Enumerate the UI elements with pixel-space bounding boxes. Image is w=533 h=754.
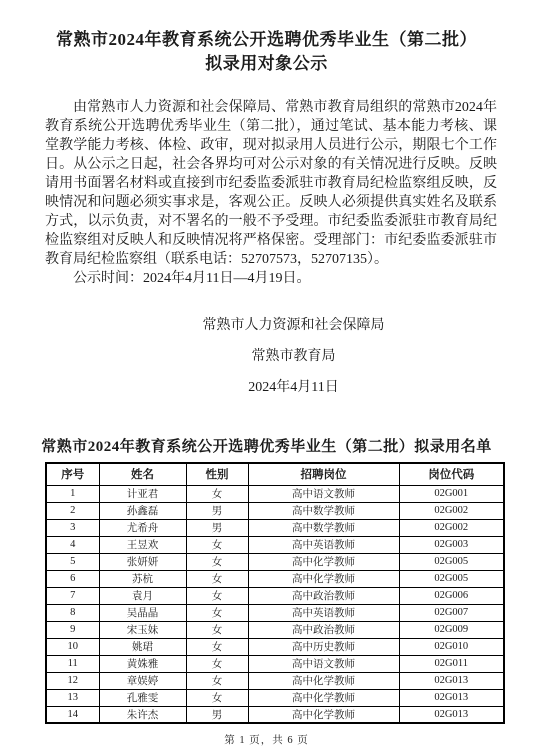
table-row: 5 张妍妍 女 高中化学教师 02G005 (46, 553, 504, 570)
cell-index: 11 (46, 655, 99, 672)
table-row: 2 孙鑫磊 男 高中数学教师 02G002 (46, 502, 504, 519)
document-title-line1: 常熟市2024年教育系统公开选聘优秀毕业生（第二批） (40, 28, 493, 52)
cell-position: 高中化学教师 (248, 689, 399, 706)
roster-table-title: 常熟市2024年教育系统公开选聘优秀毕业生（第二批）拟录用名单 (0, 435, 533, 456)
cell-name: 宋玉妹 (99, 621, 186, 638)
table-row: 3 尤希舟 男 高中数学教师 02G002 (46, 519, 504, 536)
cell-name: 袁月 (99, 587, 186, 604)
signature-org-2: 常熟市教育局 (27, 341, 533, 372)
cell-name: 孙鑫磊 (99, 502, 186, 519)
cell-code: 02G003 (399, 536, 504, 553)
cell-code: 02G006 (399, 587, 504, 604)
cell-code: 02G005 (399, 553, 504, 570)
cell-code: 02G002 (399, 519, 504, 536)
table-row: 11 黄姝雅 女 高中语文教师 02G011 (46, 655, 504, 672)
cell-gender: 女 (186, 672, 248, 689)
cell-position: 高中政治教师 (248, 587, 399, 604)
cell-gender: 女 (186, 587, 248, 604)
table-row: 6 苏杭 女 高中化学教师 02G005 (46, 570, 504, 587)
cell-index: 3 (46, 519, 99, 536)
cell-code: 02G013 (399, 706, 504, 723)
cell-position: 高中语文教师 (248, 655, 399, 672)
cell-index: 4 (46, 536, 99, 553)
cell-position: 高中数学教师 (248, 502, 399, 519)
table-row: 14 朱许杰 男 高中化学教师 02G013 (46, 706, 504, 723)
page-number: 第 1 页，共 6 页 (0, 732, 533, 747)
body-paragraph-2: 公示时间：2024年4月11日—4月19日。 (45, 269, 497, 288)
cell-code: 02G013 (399, 689, 504, 706)
cell-position: 高中英语教师 (248, 604, 399, 621)
cell-gender: 女 (186, 655, 248, 672)
header-cell-code: 岗位代码 (399, 463, 504, 485)
cell-gender: 男 (186, 706, 248, 723)
table-row: 13 孔雅雯 女 高中化学教师 02G013 (46, 689, 504, 706)
cell-gender: 女 (186, 689, 248, 706)
cell-gender: 女 (186, 604, 248, 621)
cell-position: 高中化学教师 (248, 706, 399, 723)
table-row: 4 王昱欢 女 高中英语教师 02G003 (46, 536, 504, 553)
cell-index: 10 (46, 638, 99, 655)
cell-name: 张妍妍 (99, 553, 186, 570)
cell-gender: 女 (186, 536, 248, 553)
cell-position: 高中政治教师 (248, 621, 399, 638)
table-row: 7 袁月 女 高中政治教师 02G006 (46, 587, 504, 604)
roster-table-header: 序号 姓名 性别 招聘岗位 岗位代码 (46, 463, 504, 485)
cell-name: 尤希舟 (99, 519, 186, 536)
cell-name: 黄姝雅 (99, 655, 186, 672)
table-row: 8 吴晶晶 女 高中英语教师 02G007 (46, 604, 504, 621)
body-paragraph-1: 由常熟市人力资源和社会保障局、常熟市教育局组织的常熟市2024年教育系统公开选聘… (45, 98, 497, 269)
signature-block: 常熟市人力资源和社会保障局 常熟市教育局 2024年4月11日 (27, 310, 533, 403)
cell-code: 02G005 (399, 570, 504, 587)
cell-index: 1 (46, 485, 99, 502)
header-cell-position: 招聘岗位 (248, 463, 399, 485)
cell-gender: 女 (186, 638, 248, 655)
table-row: 9 宋玉妹 女 高中政治教师 02G009 (46, 621, 504, 638)
table-row: 10 姚珺 女 高中历史教师 02G010 (46, 638, 504, 655)
cell-position: 高中语文教师 (248, 485, 399, 502)
cell-position: 高中化学教师 (248, 570, 399, 587)
cell-position: 高中历史教师 (248, 638, 399, 655)
cell-name: 计亚君 (99, 485, 186, 502)
header-cell-name: 姓名 (99, 463, 186, 485)
cell-index: 14 (46, 706, 99, 723)
roster-table: 序号 姓名 性别 招聘岗位 岗位代码 1 计亚君 女 高中语文教师 02G001… (45, 462, 505, 724)
cell-gender: 男 (186, 519, 248, 536)
cell-index: 7 (46, 587, 99, 604)
cell-position: 高中化学教师 (248, 672, 399, 689)
cell-name: 苏杭 (99, 570, 186, 587)
cell-position: 高中数学教师 (248, 519, 399, 536)
cell-index: 5 (46, 553, 99, 570)
header-cell-gender: 性别 (186, 463, 248, 485)
cell-position: 高中化学教师 (248, 553, 399, 570)
cell-name: 朱许杰 (99, 706, 186, 723)
cell-index: 13 (46, 689, 99, 706)
header-row: 序号 姓名 性别 招聘岗位 岗位代码 (46, 463, 504, 485)
header-cell-index: 序号 (46, 463, 99, 485)
cell-name: 王昱欢 (99, 536, 186, 553)
cell-index: 8 (46, 604, 99, 621)
cell-index: 12 (46, 672, 99, 689)
cell-index: 9 (46, 621, 99, 638)
cell-position: 高中英语教师 (248, 536, 399, 553)
cell-gender: 女 (186, 621, 248, 638)
table-row: 12 章娱婷 女 高中化学教师 02G013 (46, 672, 504, 689)
document-title-line2: 拟录用对象公示 (40, 52, 493, 76)
cell-code: 02G007 (399, 604, 504, 621)
cell-code: 02G002 (399, 502, 504, 519)
cell-index: 6 (46, 570, 99, 587)
cell-code: 02G001 (399, 485, 504, 502)
cell-code: 02G013 (399, 672, 504, 689)
cell-code: 02G009 (399, 621, 504, 638)
roster-table-body: 1 计亚君 女 高中语文教师 02G001 2 孙鑫磊 男 高中数学教师 02G… (46, 485, 504, 723)
table-row: 1 计亚君 女 高中语文教师 02G001 (46, 485, 504, 502)
signature-date: 2024年4月11日 (27, 372, 533, 403)
document-page: 常熟市2024年教育系统公开选聘优秀毕业生（第二批） 拟录用对象公示 由常熟市人… (0, 0, 533, 754)
cell-gender: 女 (186, 485, 248, 502)
cell-name: 章娱婷 (99, 672, 186, 689)
cell-name: 吴晶晶 (99, 604, 186, 621)
cell-name: 孔雅雯 (99, 689, 186, 706)
signature-org-1: 常熟市人力资源和社会保障局 (27, 310, 533, 341)
cell-gender: 女 (186, 570, 248, 587)
cell-code: 02G010 (399, 638, 504, 655)
cell-index: 2 (46, 502, 99, 519)
document-body: 由常熟市人力资源和社会保障局、常熟市教育局组织的常熟市2024年教育系统公开选聘… (45, 98, 497, 288)
cell-gender: 女 (186, 553, 248, 570)
cell-gender: 男 (186, 502, 248, 519)
document-title: 常熟市2024年教育系统公开选聘优秀毕业生（第二批） 拟录用对象公示 (40, 28, 493, 76)
cell-code: 02G011 (399, 655, 504, 672)
cell-name: 姚珺 (99, 638, 186, 655)
